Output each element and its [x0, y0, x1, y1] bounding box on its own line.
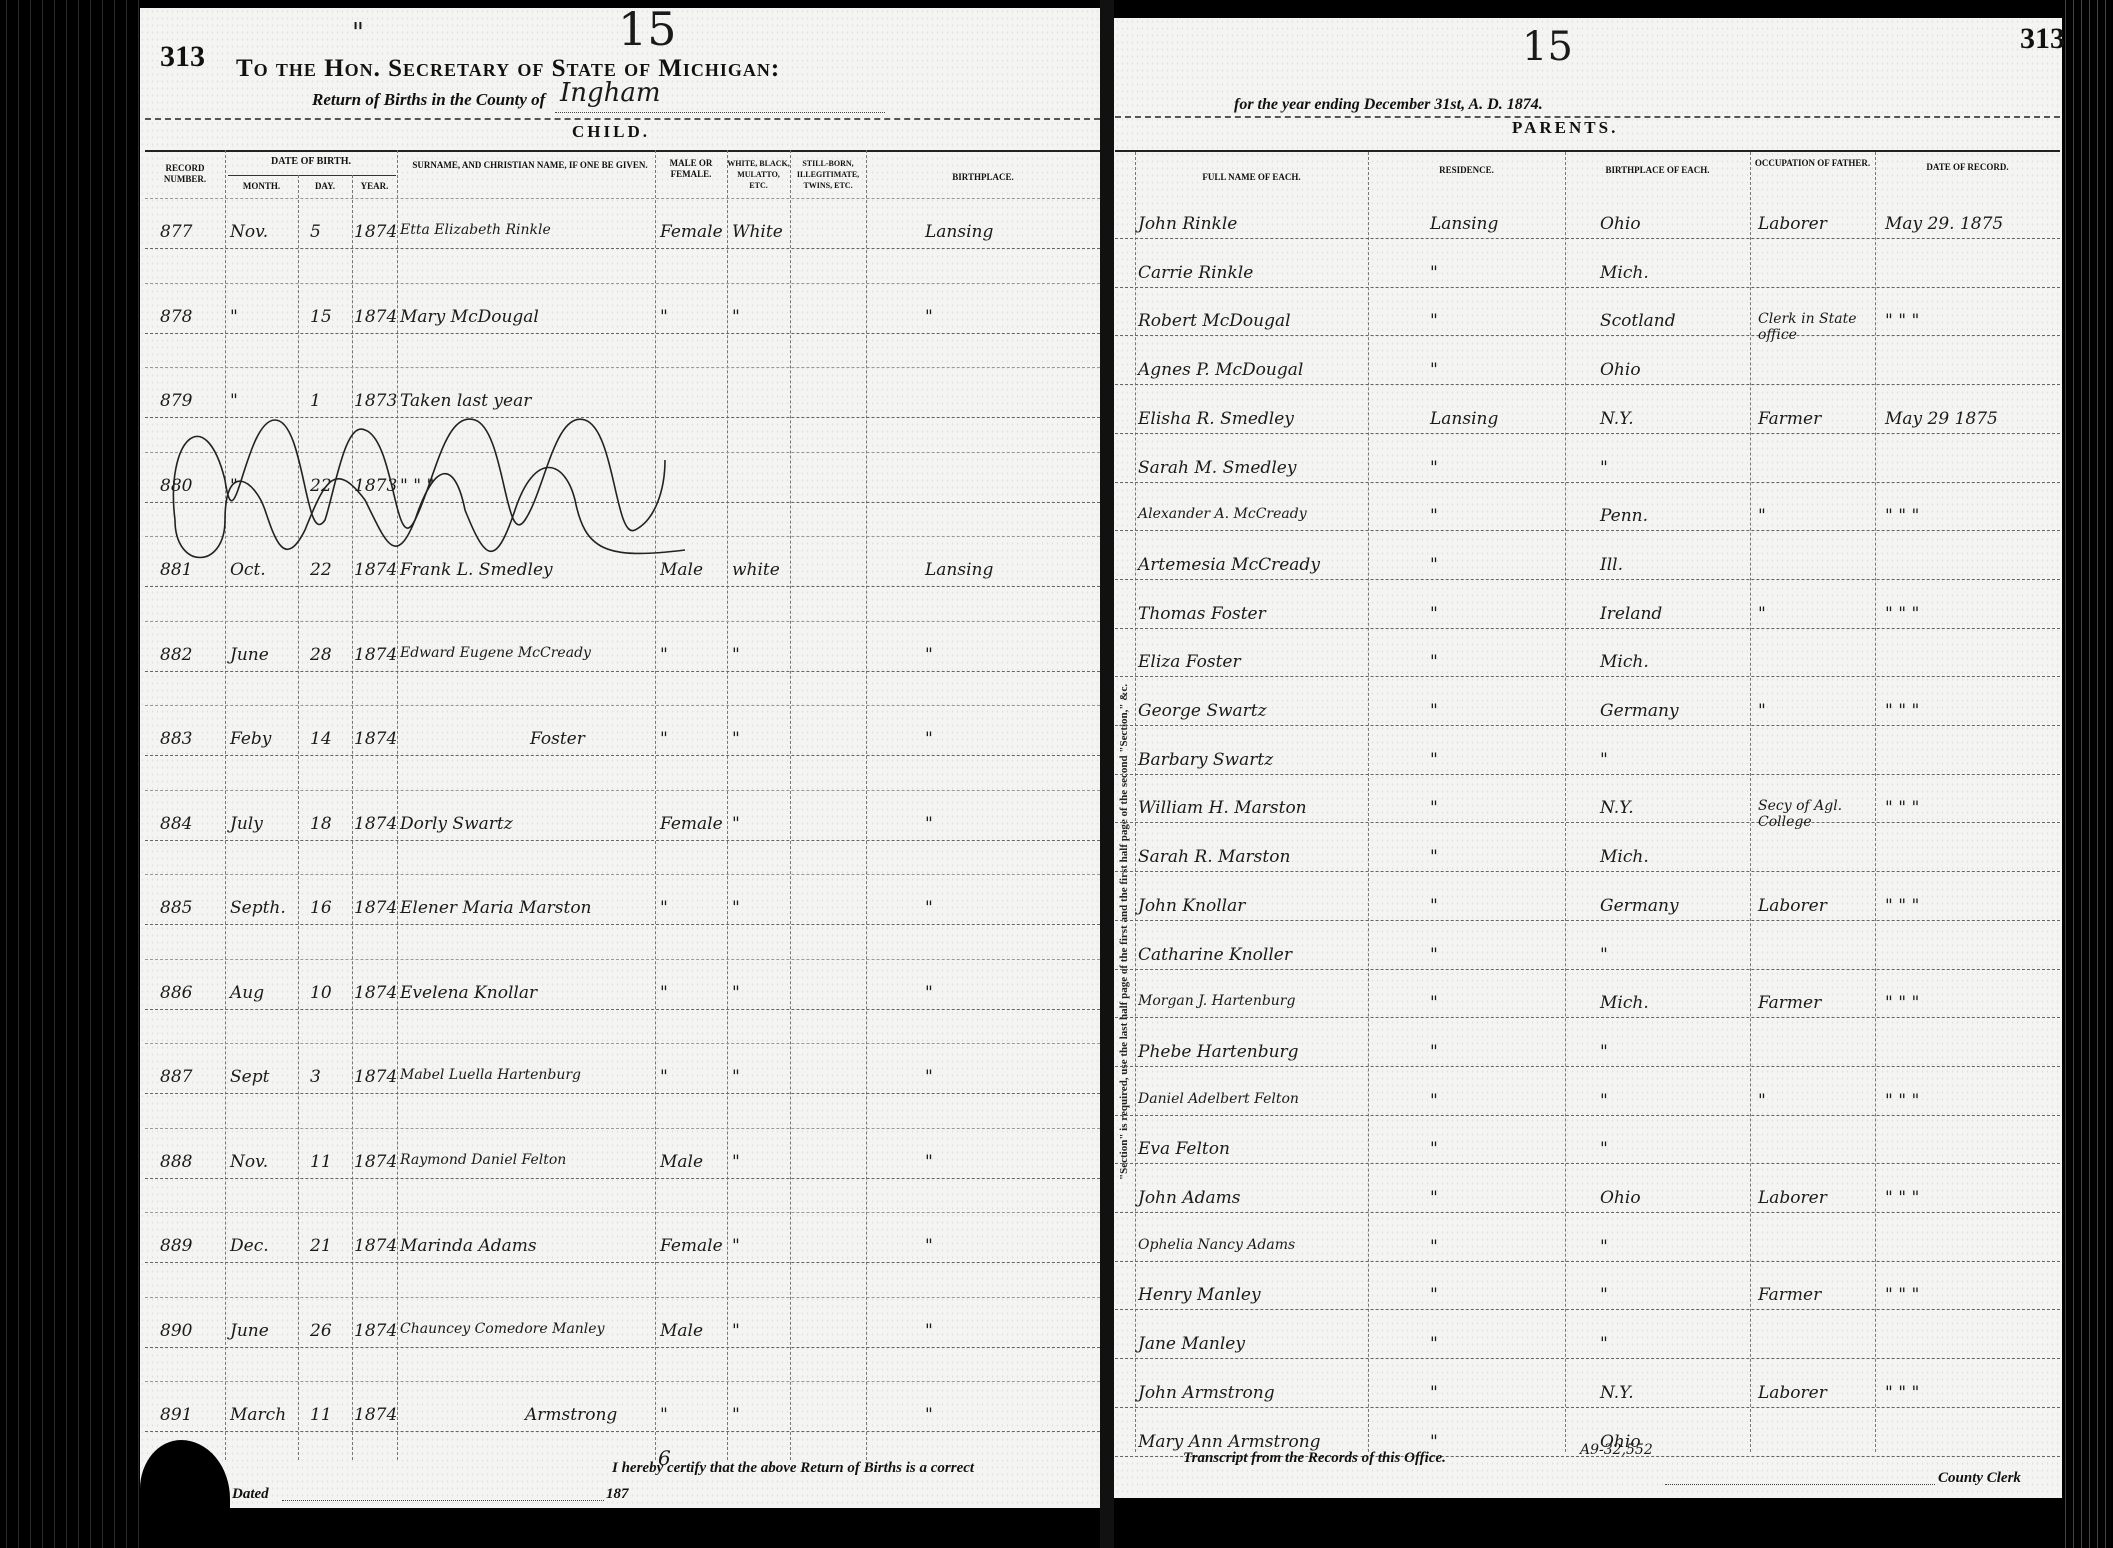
parent-birthplace: Ohio	[1600, 214, 1641, 234]
child-color: "	[732, 1405, 740, 1425]
parent-residence: "	[1430, 311, 1438, 331]
father-occupation: Farmer	[1758, 409, 1821, 429]
parent-residence: "	[1430, 1091, 1438, 1111]
birth-day: 15	[310, 307, 332, 327]
record-number: 881	[160, 560, 192, 580]
birth-year: 1874	[354, 1067, 397, 1087]
parent-residence: "	[1430, 1188, 1438, 1208]
father-occupation: Laborer	[1758, 214, 1827, 234]
birth-year: 1874	[354, 645, 397, 665]
parent-name: William H. Marston	[1138, 798, 1307, 818]
child-color: "	[732, 1067, 740, 1087]
birth-year: 1874	[354, 983, 397, 1003]
child-color: White	[732, 222, 783, 242]
parent-name: John Knollar	[1138, 896, 1245, 916]
birth-day: 5	[310, 222, 321, 242]
child-sex: "	[660, 645, 668, 665]
parent-name: Daniel Adelbert Felton	[1138, 1091, 1299, 1107]
date-of-record: " " "	[1885, 896, 1919, 916]
parent-name: Eva Felton	[1138, 1139, 1230, 1159]
father-occupation: Laborer	[1758, 1383, 1827, 1403]
father-occupation: Farmer	[1758, 1285, 1821, 1305]
parent-residence: "	[1430, 263, 1438, 283]
record-stamp-number: A9-32,552	[1580, 1442, 1653, 1458]
birth-month: June	[230, 1321, 269, 1341]
birth-day: 28	[310, 645, 332, 665]
page-number-left: 313	[160, 40, 205, 74]
book-edge-left	[0, 0, 140, 1548]
parent-name: Elisha R. Smedley	[1138, 409, 1294, 429]
parent-residence: "	[1430, 458, 1438, 478]
child-sex: "	[660, 1405, 668, 1425]
birth-year: 1874	[354, 1405, 397, 1425]
document-title: To the Hon. Secretary of State of Michig…	[236, 55, 780, 83]
book-edge-right	[2062, 0, 2113, 1548]
father-occupation: Secy of Agl. College	[1758, 798, 1873, 830]
parent-residence: "	[1430, 506, 1438, 526]
birth-day: 18	[310, 814, 332, 834]
margin-mark: 6	[658, 1446, 671, 1470]
parent-birthplace: Ohio	[1600, 1188, 1641, 1208]
birth-month: "	[230, 307, 238, 327]
child-birthplace: "	[925, 1236, 933, 1256]
record-number: 878	[160, 307, 192, 327]
parent-birthplace: Germany	[1600, 896, 1679, 916]
birth-month: March	[230, 1405, 286, 1425]
child-birthplace: "	[925, 983, 933, 1003]
child-name: Evelena Knollar	[400, 983, 537, 1003]
child-sex: Female	[660, 1236, 723, 1256]
parent-residence: "	[1430, 847, 1438, 867]
parent-residence: "	[1430, 798, 1438, 818]
birth-month: Aug	[230, 983, 264, 1003]
parent-birthplace: "	[1600, 1139, 1608, 1159]
date-of-record: " " "	[1885, 311, 1919, 331]
section-title-child: CHILD.	[572, 122, 650, 142]
parent-residence: "	[1430, 1285, 1438, 1305]
date-of-record: May 29. 1875	[1885, 214, 2003, 234]
parent-residence: Lansing	[1430, 214, 1498, 234]
child-name: Frank L. Smedley	[400, 560, 553, 580]
child-birthplace: "	[925, 814, 933, 834]
parent-name: Henry Manley	[1138, 1285, 1261, 1305]
col-header-status: Still-born, Illegitimate, Twins, Etc.	[790, 158, 866, 191]
parent-name: John Rinkle	[1138, 214, 1237, 234]
parent-name: Eliza Foster	[1138, 652, 1241, 672]
child-sex: "	[660, 898, 668, 918]
parent-birthplace: Germany	[1600, 701, 1679, 721]
record-number: 883	[160, 729, 192, 749]
child-name: Elener Maria Marston	[400, 898, 592, 918]
birth-year: 1874	[354, 1152, 397, 1172]
child-sex: "	[660, 729, 668, 749]
parent-birthplace: Mich.	[1600, 993, 1649, 1013]
parent-name: Thomas Foster	[1138, 604, 1266, 624]
birth-day: 11	[310, 1405, 332, 1425]
child-color: "	[732, 898, 740, 918]
birth-month: Septh.	[230, 898, 286, 918]
birth-day: 16	[310, 898, 332, 918]
birth-month: Dec.	[230, 1236, 269, 1256]
father-occupation: Clerk in State office	[1758, 311, 1873, 343]
child-name: Mabel Luella Hartenburg	[400, 1067, 581, 1083]
child-sex: Male	[660, 560, 703, 580]
child-sex: Male	[660, 1152, 703, 1172]
child-name: Marinda Adams	[400, 1236, 537, 1256]
record-number: 884	[160, 814, 192, 834]
child-name: Foster	[530, 729, 585, 749]
col-header-birthplace: Birthplace.	[866, 172, 1100, 183]
parent-name: Sarah M. Smedley	[1138, 458, 1296, 478]
child-color: "	[732, 645, 740, 665]
birth-year: 1874	[354, 307, 397, 327]
record-number: 882	[160, 645, 192, 665]
parent-residence: "	[1430, 1237, 1438, 1257]
child-color: "	[732, 729, 740, 749]
parent-birthplace: "	[1600, 1334, 1608, 1354]
birth-year: 1874	[354, 898, 397, 918]
date-of-record: " " "	[1885, 506, 1919, 526]
parent-residence: "	[1430, 1432, 1438, 1452]
parent-birthplace: Mich.	[1600, 652, 1649, 672]
child-sex: "	[660, 307, 668, 327]
birth-day: 26	[310, 1321, 332, 1341]
parent-residence: "	[1430, 701, 1438, 721]
birth-year: 1874	[354, 222, 397, 242]
col-header-month: Month.	[225, 181, 298, 192]
child-birthplace: "	[925, 645, 933, 665]
parent-residence: Lansing	[1430, 409, 1498, 429]
parent-name: Jane Manley	[1138, 1334, 1245, 1354]
birth-year: 1874	[354, 814, 397, 834]
col-header-color: White, Black, Mulatto, Etc.	[727, 158, 790, 191]
col-header-full-name: Full Name of Each.	[1135, 172, 1368, 183]
cancellation-scribble-icon	[165, 400, 685, 560]
parent-residence: "	[1430, 750, 1438, 770]
parent-name: Phebe Hartenburg	[1138, 1042, 1299, 1062]
parent-birthplace: Ohio	[1600, 360, 1641, 380]
birth-year: 1874	[354, 1321, 397, 1341]
birth-month: Oct.	[230, 560, 266, 580]
birth-month: July	[230, 814, 263, 834]
parent-name: Alexander A. McCready	[1138, 506, 1307, 522]
date-of-record: " " "	[1885, 1091, 1919, 1111]
parent-residence: "	[1430, 945, 1438, 965]
birth-month: Feby	[230, 729, 271, 749]
parent-name: Ophelia Nancy Adams	[1138, 1237, 1295, 1253]
child-sex: "	[660, 983, 668, 1003]
record-number: 891	[160, 1405, 192, 1425]
parent-name: John Armstrong	[1138, 1383, 1275, 1403]
birth-day: 21	[310, 1236, 332, 1256]
child-name: Edward Eugene McCready	[400, 645, 591, 661]
parent-birthplace: N.Y.	[1600, 1383, 1634, 1403]
child-birthplace: "	[925, 729, 933, 749]
handwritten-page-number-left: 15	[618, 2, 677, 56]
parent-residence: "	[1430, 1042, 1438, 1062]
parent-residence: "	[1430, 896, 1438, 916]
year-ending-label: for the year ending December 31st, A. D.…	[1234, 96, 1543, 114]
ditto-mark: "	[352, 18, 364, 48]
parent-residence: "	[1430, 1139, 1438, 1159]
gutter-instruction-text: "Section" is required, use the last half…	[1118, 684, 1130, 1180]
parent-name: Mary Ann Armstrong	[1138, 1432, 1321, 1452]
father-occupation: Laborer	[1758, 1188, 1827, 1208]
record-number: 886	[160, 983, 192, 1003]
child-name: Armstrong	[525, 1405, 617, 1425]
date-of-record: " " "	[1885, 993, 1919, 1013]
birth-year: 1874	[354, 1236, 397, 1256]
parent-residence: "	[1430, 1383, 1438, 1403]
parent-residence: "	[1430, 604, 1438, 624]
child-color: "	[732, 307, 740, 327]
record-number: 888	[160, 1152, 192, 1172]
parent-residence: "	[1430, 555, 1438, 575]
date-of-record: " " "	[1885, 798, 1919, 818]
parent-name: Artemesia McCready	[1138, 555, 1320, 575]
child-color: "	[732, 983, 740, 1003]
col-header-record-number: Record Number.	[145, 163, 225, 185]
date-of-record: " " "	[1885, 1188, 1919, 1208]
date-of-record: May 29 1875	[1885, 409, 1998, 429]
child-sex: Female	[660, 814, 723, 834]
transcript-text: Transcript from the Records of this Offi…	[1183, 1450, 1446, 1467]
return-label: Return of Births in the County of	[312, 90, 545, 110]
parent-birthplace: Scotland	[1600, 311, 1676, 331]
parent-residence: "	[1430, 1334, 1438, 1354]
col-header-date-of-birth: Date of Birth.	[225, 156, 397, 167]
birth-month: Nov.	[230, 222, 268, 242]
birth-day: 3	[310, 1067, 321, 1087]
birth-month: Nov.	[230, 1152, 268, 1172]
col-header-name: Surname, and Christian Name, if one be g…	[410, 160, 650, 171]
parent-residence: "	[1430, 360, 1438, 380]
child-birthplace: "	[925, 1405, 933, 1425]
record-number: 885	[160, 898, 192, 918]
child-sex: Female	[660, 222, 723, 242]
father-occupation: Laborer	[1758, 896, 1827, 916]
child-birthplace: "	[925, 307, 933, 327]
parent-birthplace: "	[1600, 458, 1608, 478]
birth-year: 1874	[354, 560, 397, 580]
record-number: 889	[160, 1236, 192, 1256]
col-header-parent-birthplace: Birthplace of Each.	[1565, 165, 1750, 176]
child-birthplace: "	[925, 1067, 933, 1087]
parent-birthplace: Mich.	[1600, 263, 1649, 283]
parent-birthplace: "	[1600, 1285, 1608, 1305]
birth-day: 11	[310, 1152, 332, 1172]
birth-day: 10	[310, 983, 332, 1003]
child-name: Mary McDougal	[400, 307, 539, 327]
date-of-record: " " "	[1885, 1383, 1919, 1403]
parent-name: Morgan J. Hartenburg	[1138, 993, 1295, 1009]
child-name: Chauncey Comedore Manley	[400, 1321, 604, 1337]
birth-day: 22	[310, 560, 332, 580]
parent-birthplace: "	[1600, 1237, 1608, 1257]
parent-birthplace: Penn.	[1600, 506, 1648, 526]
handwritten-page-number-right: 15	[1522, 24, 1573, 70]
record-number: 890	[160, 1321, 192, 1341]
parent-name: Agnes P. McDougal	[1138, 360, 1303, 380]
parent-birthplace: "	[1600, 750, 1608, 770]
section-title-parents: PARENTS.	[1512, 118, 1618, 138]
parent-birthplace: "	[1600, 1042, 1608, 1062]
parent-name: Carrie Rinkle	[1138, 263, 1253, 283]
child-color: white	[732, 560, 780, 580]
child-name: Etta Elizabeth Rinkle	[400, 222, 551, 238]
birth-day: 14	[310, 729, 332, 749]
date-of-record: " " "	[1885, 1285, 1919, 1305]
col-header-sex: Male or Female.	[655, 158, 727, 180]
col-header-date-of-record: Date of Record.	[1875, 162, 2060, 173]
parent-birthplace: Mich.	[1600, 847, 1649, 867]
parent-name: Catharine Knoller	[1138, 945, 1292, 965]
birth-year: 1874	[354, 729, 397, 749]
record-number: 877	[160, 222, 192, 242]
child-color: "	[732, 1321, 740, 1341]
father-occupation: "	[1758, 1091, 1766, 1111]
date-of-record: " " "	[1885, 701, 1919, 721]
birth-month: Sept	[230, 1067, 269, 1087]
parent-name: George Swartz	[1138, 701, 1267, 721]
parent-birthplace: Ireland	[1600, 604, 1662, 624]
birth-month: June	[230, 645, 269, 665]
col-header-year: Year.	[352, 181, 397, 192]
father-occupation: Farmer	[1758, 993, 1821, 1013]
parent-name: Barbary Swartz	[1138, 750, 1273, 770]
parent-name: Robert McDougal	[1138, 311, 1291, 331]
child-name: Dorly Swartz	[400, 814, 513, 834]
father-occupation: "	[1758, 701, 1766, 721]
col-header-day: Day.	[298, 181, 352, 192]
record-number: 887	[160, 1067, 192, 1087]
page-number-right: 313	[2020, 22, 2065, 56]
child-birthplace: "	[925, 1152, 933, 1172]
child-color: "	[732, 814, 740, 834]
parent-name: Sarah R. Marston	[1138, 847, 1290, 867]
book-binding	[1100, 0, 1114, 1548]
child-birthplace: Lansing	[925, 560, 993, 580]
parent-birthplace: N.Y.	[1600, 409, 1634, 429]
col-header-residence: Residence.	[1368, 165, 1565, 176]
child-birthplace: "	[925, 1321, 933, 1341]
county-clerk-label: County Clerk	[1938, 1470, 2021, 1487]
county-name: Ingham	[560, 78, 661, 108]
parent-birthplace: "	[1600, 945, 1608, 965]
parent-residence: "	[1430, 993, 1438, 1013]
parent-residence: "	[1430, 652, 1438, 672]
child-color: "	[732, 1236, 740, 1256]
child-color: "	[732, 1152, 740, 1172]
col-header-occupation: Occupation of Father.	[1750, 158, 1875, 169]
child-birthplace: Lansing	[925, 222, 993, 242]
father-occupation: "	[1758, 604, 1766, 624]
date-of-record: " " "	[1885, 604, 1919, 624]
dated-label: Dated	[232, 1486, 269, 1503]
father-occupation: "	[1758, 506, 1766, 526]
parent-name: John Adams	[1138, 1188, 1241, 1208]
child-sex: "	[660, 1067, 668, 1087]
parent-birthplace: "	[1600, 1091, 1608, 1111]
year-prefix: 187	[606, 1486, 629, 1503]
parent-birthplace: Ill.	[1600, 555, 1623, 575]
child-sex: Male	[660, 1321, 703, 1341]
child-name: Raymond Daniel Felton	[400, 1152, 566, 1168]
parent-birthplace: N.Y.	[1600, 798, 1634, 818]
child-birthplace: "	[925, 898, 933, 918]
